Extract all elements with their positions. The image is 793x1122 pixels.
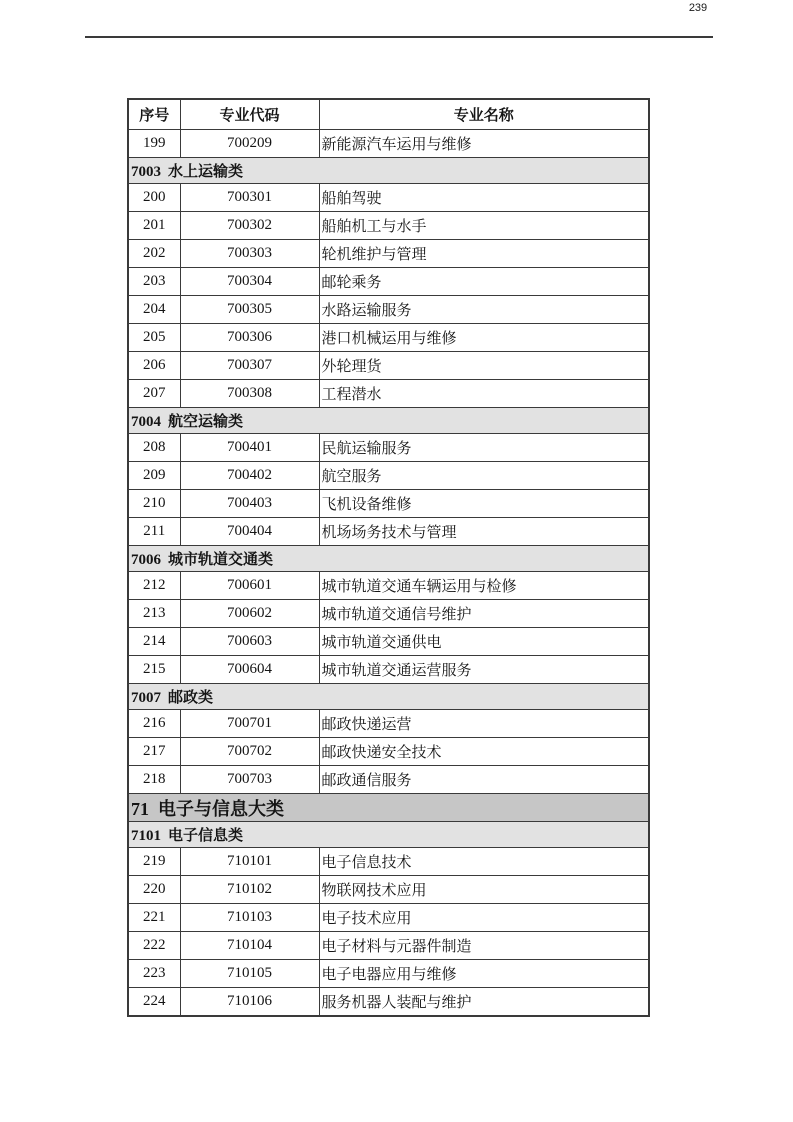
major-code-cell: 710104	[180, 932, 319, 960]
major-code-cell: 710103	[180, 904, 319, 932]
major-code-cell: 700603	[180, 628, 319, 656]
major-name-cell: 电子材料与元器件制造	[319, 932, 649, 960]
major-name-cell: 航空服务	[319, 462, 649, 490]
document-page: { "page": { "number": "239" }, "colors":…	[0, 0, 793, 1122]
major-name-cell: 邮政快递安全技术	[319, 738, 649, 766]
major-code-cell: 710102	[180, 876, 319, 904]
row-serial-cell: 224	[128, 988, 180, 1017]
row-serial-cell: 199	[128, 130, 180, 158]
major-name-cell: 邮轮乘务	[319, 268, 649, 296]
major-name-cell: 飞机设备维修	[319, 490, 649, 518]
section-code: 7007	[131, 690, 161, 706]
section-cell: 71电子与信息大类	[128, 794, 649, 822]
section-cell: 7004航空运输类	[128, 408, 649, 434]
major-name-cell: 服务机器人装配与维护	[319, 988, 649, 1017]
table-row: 207700308工程潜水	[128, 380, 649, 408]
major-section-row: 71电子与信息大类	[128, 794, 649, 822]
table-row: 218700703邮政通信服务	[128, 766, 649, 794]
row-serial-cell: 210	[128, 490, 180, 518]
major-code-cell: 700307	[180, 352, 319, 380]
major-name-cell: 城市轨道交通供电	[319, 628, 649, 656]
row-serial-cell: 209	[128, 462, 180, 490]
table-row: 203700304邮轮乘务	[128, 268, 649, 296]
major-name-cell: 城市轨道交通信号维护	[319, 600, 649, 628]
table-row: 202700303轮机维护与管理	[128, 240, 649, 268]
row-serial-cell: 213	[128, 600, 180, 628]
major-name-cell: 城市轨道交通运营服务	[319, 656, 649, 684]
section-label: 城市轨道交通类	[168, 551, 273, 568]
major-name-cell: 电子技术应用	[319, 904, 649, 932]
table-header-row: 序号 专业代码 专业名称	[128, 99, 649, 130]
table-row: 211700404机场场务技术与管理	[128, 518, 649, 546]
table-row: 199700209新能源汽车运用与维修	[128, 130, 649, 158]
section-cell: 7101电子信息类	[128, 822, 649, 848]
section-row: 7007邮政类	[128, 684, 649, 710]
table-row: 212700601城市轨道交通车辆运用与检修	[128, 572, 649, 600]
row-serial-cell: 221	[128, 904, 180, 932]
major-code-cell: 700306	[180, 324, 319, 352]
row-serial-cell: 212	[128, 572, 180, 600]
major-name-cell: 电子信息技术	[319, 848, 649, 876]
row-serial-cell: 218	[128, 766, 180, 794]
major-code-cell: 700402	[180, 462, 319, 490]
major-code-cell: 710101	[180, 848, 319, 876]
table-row: 205700306港口机械运用与维修	[128, 324, 649, 352]
major-name-cell: 船舶机工与水手	[319, 212, 649, 240]
major-name-cell: 电子电器应用与维修	[319, 960, 649, 988]
table-row: 221710103电子技术应用	[128, 904, 649, 932]
major-code-cell: 700404	[180, 518, 319, 546]
row-serial-cell: 206	[128, 352, 180, 380]
row-serial-cell: 219	[128, 848, 180, 876]
table-row: 208700401民航运输服务	[128, 434, 649, 462]
section-code: 71	[131, 799, 149, 819]
major-code-cell: 700304	[180, 268, 319, 296]
table-row: 223710105电子电器应用与维修	[128, 960, 649, 988]
row-serial-cell: 200	[128, 184, 180, 212]
section-label: 电子与信息大类	[158, 799, 284, 819]
section-code: 7101	[131, 828, 161, 844]
major-name-cell: 邮政通信服务	[319, 766, 649, 794]
major-code-cell: 700703	[180, 766, 319, 794]
table-row: 216700701邮政快递运营	[128, 710, 649, 738]
table-row: 222710104电子材料与元器件制造	[128, 932, 649, 960]
major-code-cell: 700403	[180, 490, 319, 518]
major-code-cell: 700209	[180, 130, 319, 158]
table-row: 210700403飞机设备维修	[128, 490, 649, 518]
major-name-cell: 港口机械运用与维修	[319, 324, 649, 352]
major-code-cell: 700604	[180, 656, 319, 684]
major-code-cell: 700303	[180, 240, 319, 268]
table-row: 204700305水路运输服务	[128, 296, 649, 324]
table-row: 200700301船舶驾驶	[128, 184, 649, 212]
major-name-cell: 工程潜水	[319, 380, 649, 408]
major-name-cell: 物联网技术应用	[319, 876, 649, 904]
major-name-cell: 新能源汽车运用与维修	[319, 130, 649, 158]
table-row: 209700402航空服务	[128, 462, 649, 490]
row-serial-cell: 208	[128, 434, 180, 462]
section-row: 7004航空运输类	[128, 408, 649, 434]
row-serial-cell: 202	[128, 240, 180, 268]
table-row: 220710102物联网技术应用	[128, 876, 649, 904]
major-name-cell: 轮机维护与管理	[319, 240, 649, 268]
section-label: 邮政类	[168, 689, 213, 706]
row-serial-cell: 214	[128, 628, 180, 656]
table-row: 214700603城市轨道交通供电	[128, 628, 649, 656]
major-code-cell: 700602	[180, 600, 319, 628]
row-serial-cell: 203	[128, 268, 180, 296]
major-code-cell: 700702	[180, 738, 319, 766]
major-name-cell: 外轮理货	[319, 352, 649, 380]
col-header-major-code: 专业代码	[180, 99, 319, 130]
table-body: 199700209新能源汽车运用与维修7003水上运输类200700301船舶驾…	[128, 130, 649, 1017]
row-serial-cell: 204	[128, 296, 180, 324]
major-code-cell: 700401	[180, 434, 319, 462]
table-row: 219710101电子信息技术	[128, 848, 649, 876]
header-rule	[85, 36, 713, 38]
row-serial-cell: 223	[128, 960, 180, 988]
table-row: 217700702邮政快递安全技术	[128, 738, 649, 766]
section-label: 航空运输类	[168, 413, 243, 430]
row-serial-cell: 215	[128, 656, 180, 684]
major-name-cell: 邮政快递运营	[319, 710, 649, 738]
row-serial-cell: 222	[128, 932, 180, 960]
major-name-cell: 城市轨道交通车辆运用与检修	[319, 572, 649, 600]
row-serial-cell: 217	[128, 738, 180, 766]
row-serial-cell: 205	[128, 324, 180, 352]
section-label: 电子信息类	[168, 827, 243, 844]
section-cell: 7007邮政类	[128, 684, 649, 710]
row-serial-cell: 216	[128, 710, 180, 738]
major-code-cell: 700305	[180, 296, 319, 324]
table-row: 215700604城市轨道交通运营服务	[128, 656, 649, 684]
section-cell: 7006城市轨道交通类	[128, 546, 649, 572]
section-code: 7006	[131, 552, 161, 568]
row-serial-cell: 220	[128, 876, 180, 904]
row-serial-cell: 201	[128, 212, 180, 240]
section-row: 7003水上运输类	[128, 158, 649, 184]
section-code: 7004	[131, 414, 161, 430]
major-code-cell: 700601	[180, 572, 319, 600]
section-row: 7006城市轨道交通类	[128, 546, 649, 572]
major-code-cell: 700308	[180, 380, 319, 408]
section-row: 7101电子信息类	[128, 822, 649, 848]
table-row: 206700307外轮理货	[128, 352, 649, 380]
major-code-cell: 700302	[180, 212, 319, 240]
majors-table: 序号 专业代码 专业名称 199700209新能源汽车运用与维修7003水上运输…	[127, 98, 650, 1017]
section-label: 水上运输类	[168, 163, 243, 180]
row-serial-cell: 207	[128, 380, 180, 408]
major-name-cell: 船舶驾驶	[319, 184, 649, 212]
major-code-cell: 710106	[180, 988, 319, 1017]
page-number: 239	[678, 2, 718, 14]
section-cell: 7003水上运输类	[128, 158, 649, 184]
major-code-cell: 710105	[180, 960, 319, 988]
major-code-cell: 700301	[180, 184, 319, 212]
table-row: 213700602城市轨道交通信号维护	[128, 600, 649, 628]
major-name-cell: 机场场务技术与管理	[319, 518, 649, 546]
table-row: 224710106服务机器人装配与维护	[128, 988, 649, 1017]
section-code: 7003	[131, 164, 161, 180]
major-name-cell: 民航运输服务	[319, 434, 649, 462]
major-name-cell: 水路运输服务	[319, 296, 649, 324]
major-code-cell: 700701	[180, 710, 319, 738]
row-serial-cell: 211	[128, 518, 180, 546]
col-header-serial: 序号	[128, 99, 180, 130]
col-header-major-name: 专业名称	[319, 99, 649, 130]
table-row: 201700302船舶机工与水手	[128, 212, 649, 240]
